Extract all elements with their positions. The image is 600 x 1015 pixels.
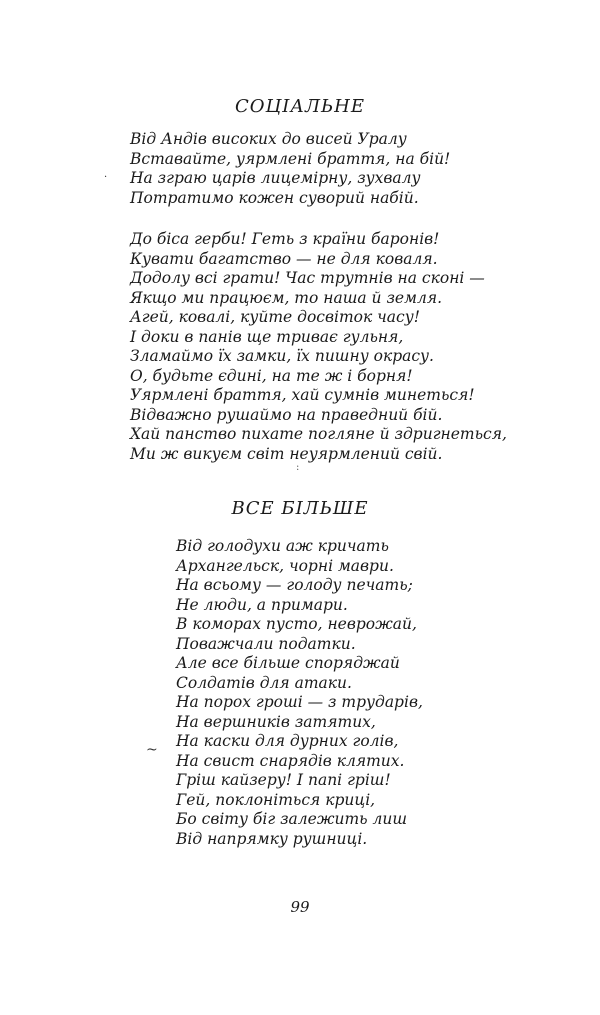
verse-line: Кувати багатство — не для коваля. [130,250,507,270]
verse-line: Хай панство пихате погляне й здригнеться… [130,425,507,445]
verse-line: О, будьте єдині, на те ж і борня! [130,367,507,387]
verse-line: Вставайте, уярмлені браття, на бій! [130,150,450,170]
verse-line: І доки в панів ще триває гульня, [130,328,507,348]
margin-mark: ~ [146,742,158,758]
verse-line: На вершників затятих, [176,713,423,733]
verse-line: Від голодухи аж кричать [176,537,423,557]
verse-line: Зламаймо їх замки, їх пишну окрасу. [130,347,507,367]
page-number: 99 [0,898,600,916]
verse-line: Якщо ми працюєм, то наша й земля. [130,289,507,309]
verse-line: Відважно рушаймо на праведний бій. [130,406,507,426]
verse-line: Потратимо кожен суворий набій. [130,189,450,209]
verse-line: В коморах пусто, неврожай, [176,615,423,635]
poem1-stanza-2: До біса герби! Геть з країни баронів! Ку… [130,230,507,464]
verse-line: Від Андів високих до висей Уралу [130,130,450,150]
verse-line: Ми ж викуєм світ неуярмлений свій. [130,445,507,465]
verse-line: До біса герби! Геть з країни баронів! [130,230,507,250]
margin-mark: · [104,172,107,183]
verse-line: На зграю царів лицемірну, зухвалу [130,169,450,189]
poem-title-socialne: СОЦІАЛЬНЕ [0,96,600,117]
verse-line: На свист снарядів клятих. [176,752,423,772]
verse-line: Солдатів для атаки. [176,674,423,694]
verse-line: Поважчали податки. [176,635,423,655]
poem2-stanza: Від голодухи аж кричать Архангельск, чор… [176,537,423,849]
separator-mark: : [296,462,299,473]
verse-line: Але все більше споряджай [176,654,423,674]
poem-title-vse-bilshe: ВСЕ БІЛЬШЕ [0,498,600,519]
verse-line: Гріш кайзеру! І папі гріш! [176,771,423,791]
verse-line: На порох гроші — з трударів, [176,693,423,713]
verse-line: Агей, ковалі, куйте досвіток часу! [130,308,507,328]
verse-line: Не люди, а примари. [176,596,423,616]
verse-line: Додолу всі грати! Час трутнів на сконі — [130,269,507,289]
verse-line: Бо світу біг залежить лиш [176,810,423,830]
verse-line: Архангельск, чорні маври. [176,557,423,577]
verse-line: Гей, поклоніться криці, [176,791,423,811]
verse-line: Уярмлені браття, хай сумнів минеться! [130,386,507,406]
verse-line: На каски для дурних голів, [176,732,423,752]
verse-line: На всьому — голоду печать; [176,576,423,596]
verse-line: Від напрямку рушниці. [176,830,423,850]
poem1-stanza-1: Від Андів високих до висей Уралу Вставай… [130,130,450,208]
